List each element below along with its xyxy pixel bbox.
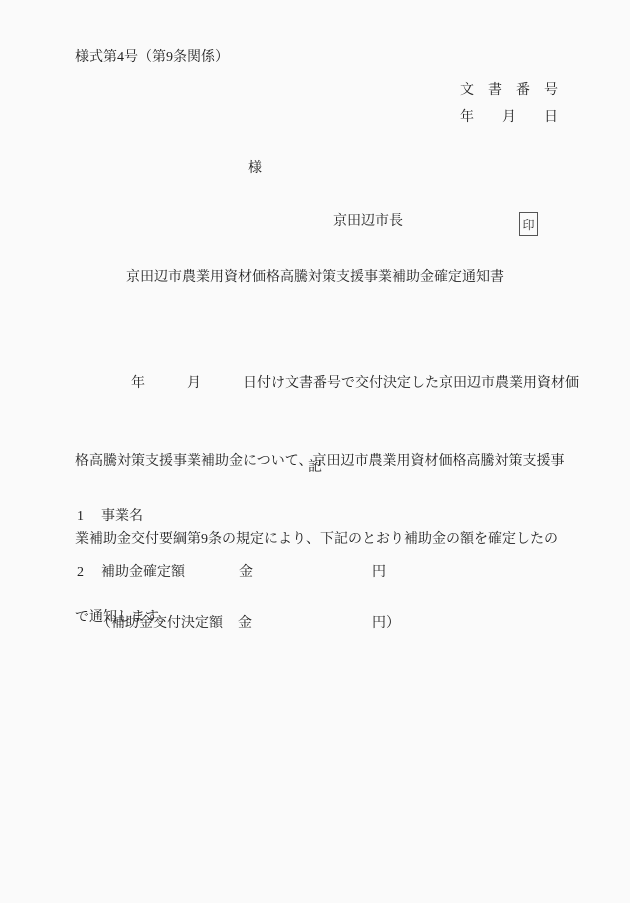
item2-amount-unit: 円 — [372, 565, 386, 582]
sender-name: 京田辺市長 — [333, 214, 403, 231]
item2-label: 補助金確定額 — [101, 565, 185, 582]
body-line-1: 年 月 日付け文書番号で交付決定した京田辺市農業用資材価 — [75, 371, 575, 397]
document-number-label: 文 書 番 号 — [460, 79, 558, 99]
seal-box: 印 — [519, 212, 538, 236]
addressee-suffix: 様 — [248, 161, 262, 178]
sub-item-label: （補助金交付決定額 — [97, 616, 223, 633]
seal-mark: 印 — [522, 216, 534, 233]
item2-amount-prefix: 金 — [239, 565, 253, 582]
notice-marker: 記 — [0, 456, 630, 476]
document-page: 様式第4号（第9条関係） 文 書 番 号 年 月 日 様 京田辺市長 印 京田辺… — [0, 0, 630, 903]
item1-number: 1 — [77, 509, 84, 526]
body-line-3: 業補助金交付要綱第9条の規定により、下記のとおり補助金の額を確定したの — [75, 527, 575, 553]
sub-item-amount-prefix: 金 — [238, 616, 252, 633]
document-title: 京田辺市農業用資材価格高騰対策支援事業補助金確定通知書 — [0, 266, 630, 286]
sub-item-amount-unit: 円） — [372, 616, 400, 633]
item1-label: 事業名 — [101, 509, 143, 526]
item2-number: 2 — [77, 565, 84, 582]
date-label: 年 月 日 — [460, 106, 558, 126]
form-reference-label: 様式第4号（第9条関係） — [75, 50, 229, 67]
